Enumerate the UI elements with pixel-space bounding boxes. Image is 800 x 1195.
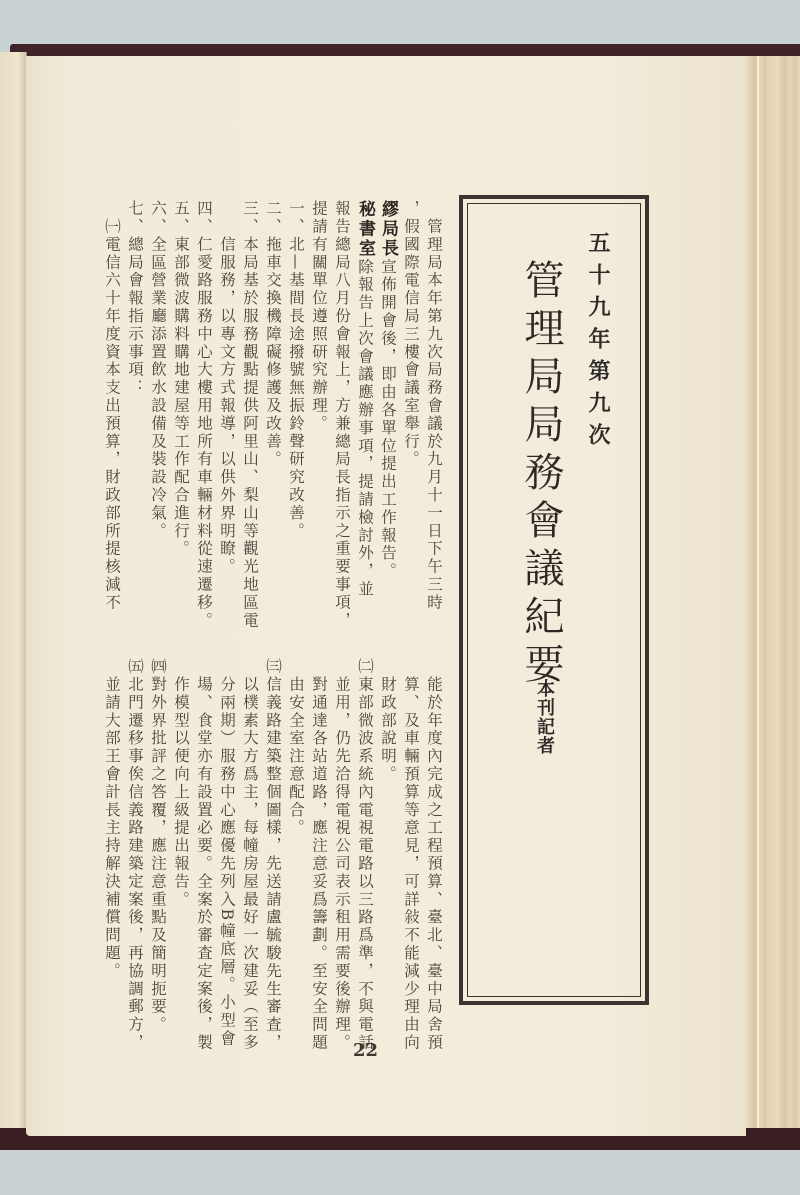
speaker-label: 秘書室 <box>355 200 375 258</box>
sub-list-item-continued: 作模型以便向上級提出報告。 <box>169 658 192 1028</box>
list-item: 五、東部微波購料購地建屋等工作配合進行。 <box>169 200 192 620</box>
body-column: 提請有關單位遵照研究辦理。 <box>307 200 330 620</box>
sub-list-item: ㈢信義路建築整個圖樣，先送請盧毓駿先生審査， <box>261 658 284 1028</box>
list-item: 三、本局基於服務觀點提供阿里山、梨山等觀光地區電 <box>238 200 261 620</box>
sub-list-item-continued: 分兩期）服務中心應優先列入B幢底層。小型會 <box>215 658 238 1028</box>
article-title: 管理局局務會議紀要 <box>513 259 570 691</box>
list-item-continued: 信服務，以專文方式報導，以供外界明瞭。 <box>215 200 238 620</box>
body-column: 繆局長宣佈開會後，即由各單位提出工作報告。 <box>376 200 399 620</box>
sub-list-item-continued: 場、食堂亦有設置必要。全案於審査定案後，製 <box>192 658 215 1028</box>
sub-list-item-continued: 財政部說明。 <box>376 658 399 1028</box>
page-number: 22 <box>353 1040 378 1061</box>
sub-list-item: ㈤北門遷移事俟信義路建築定案後，再協調郵方， <box>123 658 146 1028</box>
body-column: 報告總局八月份會報上，方兼總局長指示之重要事項， <box>330 200 353 620</box>
body-text-bottom-section: 能於年度內完成之工程預算、臺北、臺中局舍預 算、及車輛預算等意見，可詳敍不能減少… <box>100 658 445 1028</box>
sub-list-item-continued: 算、及車輛預算等意見，可詳敍不能減少理由向 <box>399 658 422 1028</box>
sub-list-item-continued: 能於年度內完成之工程預算、臺北、臺中局舍預 <box>422 658 445 1028</box>
speaker-label: 繆局長 <box>378 200 398 258</box>
sub-list-item-continued: 並用，仍先洽得電視公司表示租用需要後辦理。 <box>330 658 353 1028</box>
body-column-text: 宣佈開會後，即由各單位提出工作報告。 <box>379 258 397 580</box>
sub-list-item-continued: 以樸素大方爲主，每幢房屋最好一次建妥（至多 <box>238 658 261 1028</box>
article-subtitle: 五十九年第九次 <box>582 231 613 455</box>
title-box: 五十九年第九次 管理局局務會議紀要 本刊記者 <box>459 195 649 1005</box>
body-column: 管理局本年第九次局務會議於九月十一日下午三時 <box>422 200 445 620</box>
sub-list-item: ㈡東部微波系統內電視電路以三路爲準，不與電話 <box>353 658 376 1028</box>
list-item: 一、北—基間長途撥號無振鈴聲研究改善。 <box>284 200 307 620</box>
list-item: 四、仁愛路服務中心大樓用地所有車輛材料從速遷移。 <box>192 200 215 620</box>
body-text-top-section: 管理局本年第九次局務會議於九月十一日下午三時 ，假國際電信局三樓會議室舉行。 繆… <box>100 200 445 620</box>
sub-list-item-continued: 由安全室注意配合。 <box>284 658 307 1028</box>
sub-list-item-continued: 並請大部王會計長主持解決補償問題。 <box>100 658 123 1028</box>
body-column: ，假國際電信局三樓會議室舉行。 <box>399 200 422 620</box>
article-byline: 本刊記者 <box>531 679 557 755</box>
list-item: 二、拖車交換機障礙修護及改善。 <box>261 200 284 620</box>
body-column: 秘書室除報告上次會議應辦事項，提請檢討外，並 <box>353 200 376 620</box>
list-item: 七、總局會報指示事項： <box>123 200 146 620</box>
sub-list-item: ㈠電信六十年度資本支出預算，財政部所提核減不 <box>100 200 123 620</box>
body-column-text: 除報告上次會議應辦事項，提請檢討外，並 <box>356 258 374 598</box>
sub-list-item-continued: 對通達各站道路，應注意妥爲籌劃。至安全問題 <box>307 658 330 1028</box>
list-item: 六、全區營業廳添置飲水設備及裝設冷氣。 <box>146 200 169 620</box>
sub-list-item: ㈣對外界批評之答覆，應注意重點及簡明扼要。 <box>146 658 169 1028</box>
left-page-edge <box>0 52 27 1142</box>
